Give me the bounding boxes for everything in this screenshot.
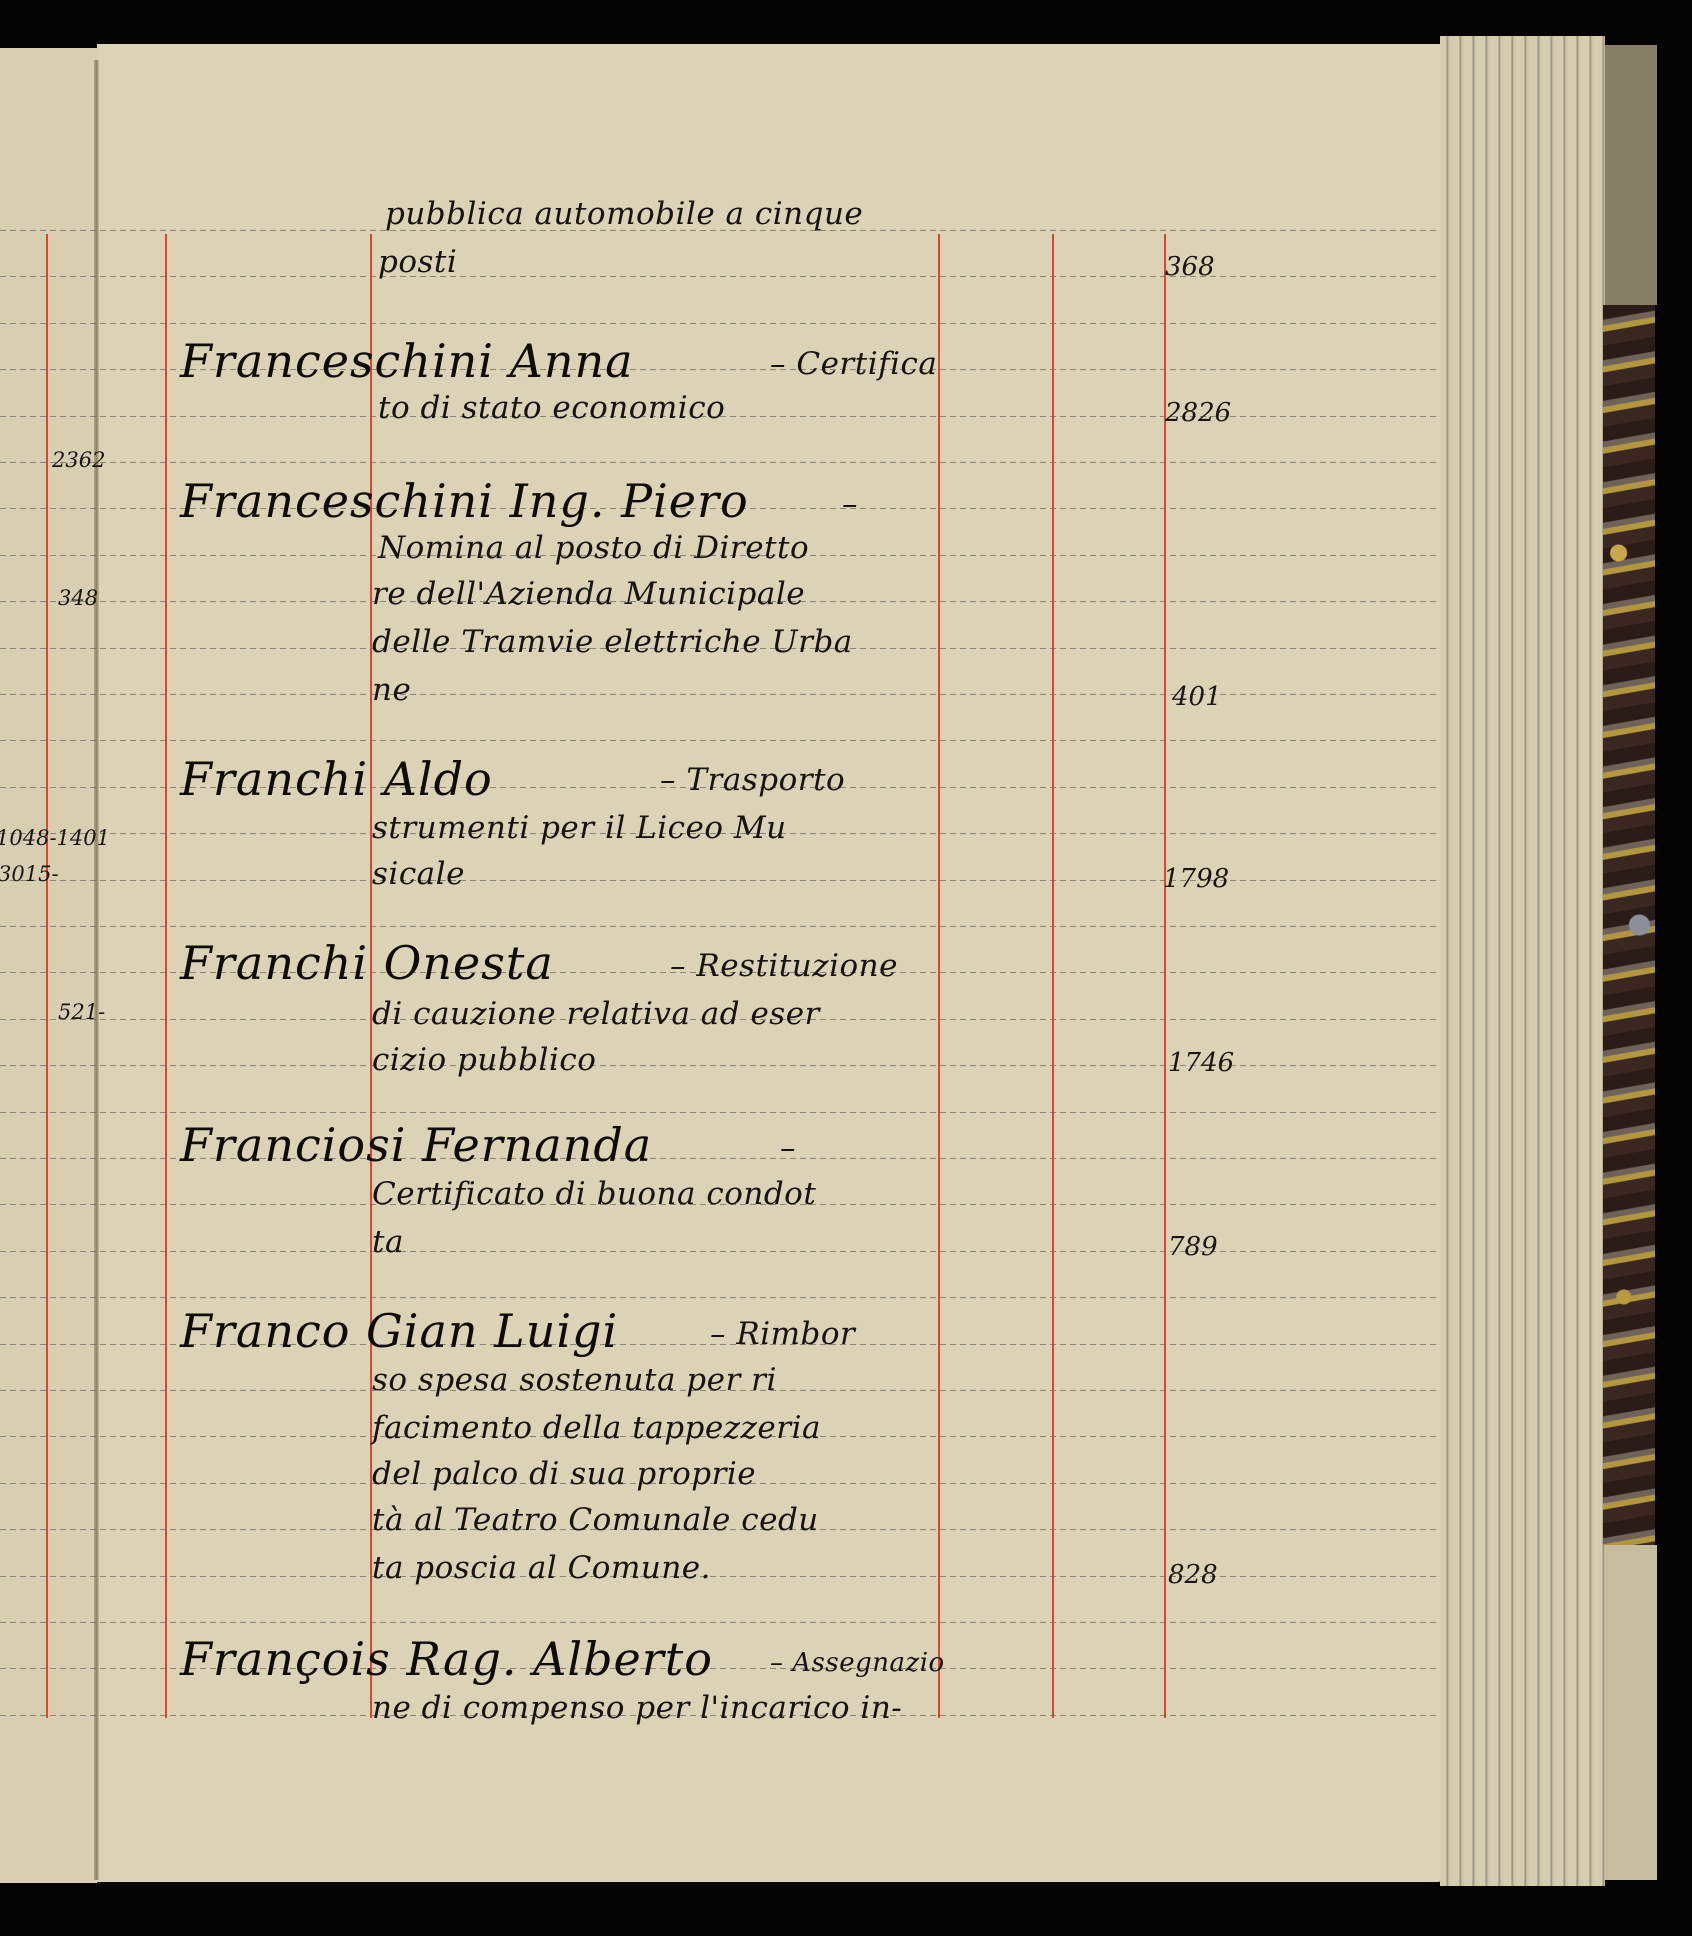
entry-text-line: – Certifica [770,346,937,382]
margin-number: 348 [58,586,98,610]
horizontal-rule-line [0,740,1440,741]
entry-text-line: ta [372,1224,404,1260]
entry-text-line: – [842,486,858,522]
entry-text-line: cizio pubblico [372,1042,596,1078]
entry-text-line: – [780,1130,796,1166]
entry-reference-number: 401 [1172,682,1222,712]
margin-number: 2362 [52,448,105,472]
horizontal-rule-line [0,926,1440,927]
horizontal-rule-line [0,694,1440,695]
vertical-red-rule [1164,234,1166,1718]
entry-text-line: to di stato economico [378,390,725,426]
entry-text-line: di cauzione relativa ad eser [372,996,820,1032]
vertical-red-rule [1052,234,1054,1718]
vertical-red-rule [938,234,940,1718]
entry-name: Franciosi Fernanda [180,1118,652,1172]
entry-text-line: – Restituzione [670,948,898,984]
entry-reference-number: 368 [1165,252,1215,282]
horizontal-rule-line [0,1251,1440,1252]
cover-board-bottom [1605,1545,1657,1880]
entry-text-line: – Trasporto [660,762,845,798]
margin-number: 3015- [0,862,59,886]
book-gutter [94,60,99,1880]
horizontal-rule-line [0,323,1440,324]
horizontal-rule-line [0,462,1440,463]
entry-reference-number: 2826 [1165,398,1231,428]
entry-name: Franchi Aldo [180,752,493,806]
entry-text-line: so spesa sostenuta per ri [372,1362,777,1398]
entry-name: François Rag. Alberto [180,1632,713,1686]
horizontal-rule-line [0,276,1440,277]
entry-text-line: ta poscia al Comune. [372,1550,711,1586]
entry-text-line: Nomina al posto di Diretto [378,530,809,566]
entry-text-line: posti [378,244,457,280]
horizontal-rule-line [0,1112,1440,1113]
entry-name: Franchi Onesta [180,936,554,990]
entry-text-line: del palco di sua proprie [372,1456,756,1492]
entry-name: Franceschini Ing. Piero [180,474,749,528]
entry-text-line: facimento della tappezzeria [372,1410,821,1446]
marbled-cover-edge [1603,305,1655,1545]
entry-text-line: – Assegnazio [770,1648,945,1678]
vertical-red-rule [165,234,167,1718]
entry-reference-number: 828 [1168,1560,1218,1590]
entry-name: Franceschini Anna [180,334,634,388]
page-fore-edge-stack [1440,36,1605,1886]
horizontal-rule-line [0,1622,1440,1623]
entry-reference-number: 789 [1168,1232,1218,1262]
entry-text-line: – Rimbor [710,1316,855,1352]
entry-name: Franco Gian Luigi [180,1304,618,1358]
horizontal-rule-line [0,1297,1440,1298]
entry-reference-number: 1798 [1163,864,1229,894]
entry-text-line: sicale [372,856,465,892]
entry-text-line: ne [372,672,411,708]
entry-text-line: Certificato di buona condot [372,1176,816,1212]
margin-number: 1048-1401 [0,826,110,850]
entry-text-line: tà al Teatro Comunale cedu [372,1502,819,1538]
vertical-red-rule [46,234,48,1718]
entry-text-line: pubblica automobile a cinque [385,196,863,232]
margin-number: 521- [58,1000,105,1024]
entry-text-line: strumenti per il Liceo Mu [372,810,787,846]
entry-reference-number: 1746 [1168,1048,1234,1078]
entry-text-line: delle Tramvie elettriche Urba [372,624,853,660]
entry-text-line: re dell'Azienda Municipale [372,576,805,612]
cover-board-top [1605,45,1657,305]
entry-text-line: ne di compenso per l'incarico in- [372,1690,902,1726]
horizontal-rule-line [0,1576,1440,1577]
